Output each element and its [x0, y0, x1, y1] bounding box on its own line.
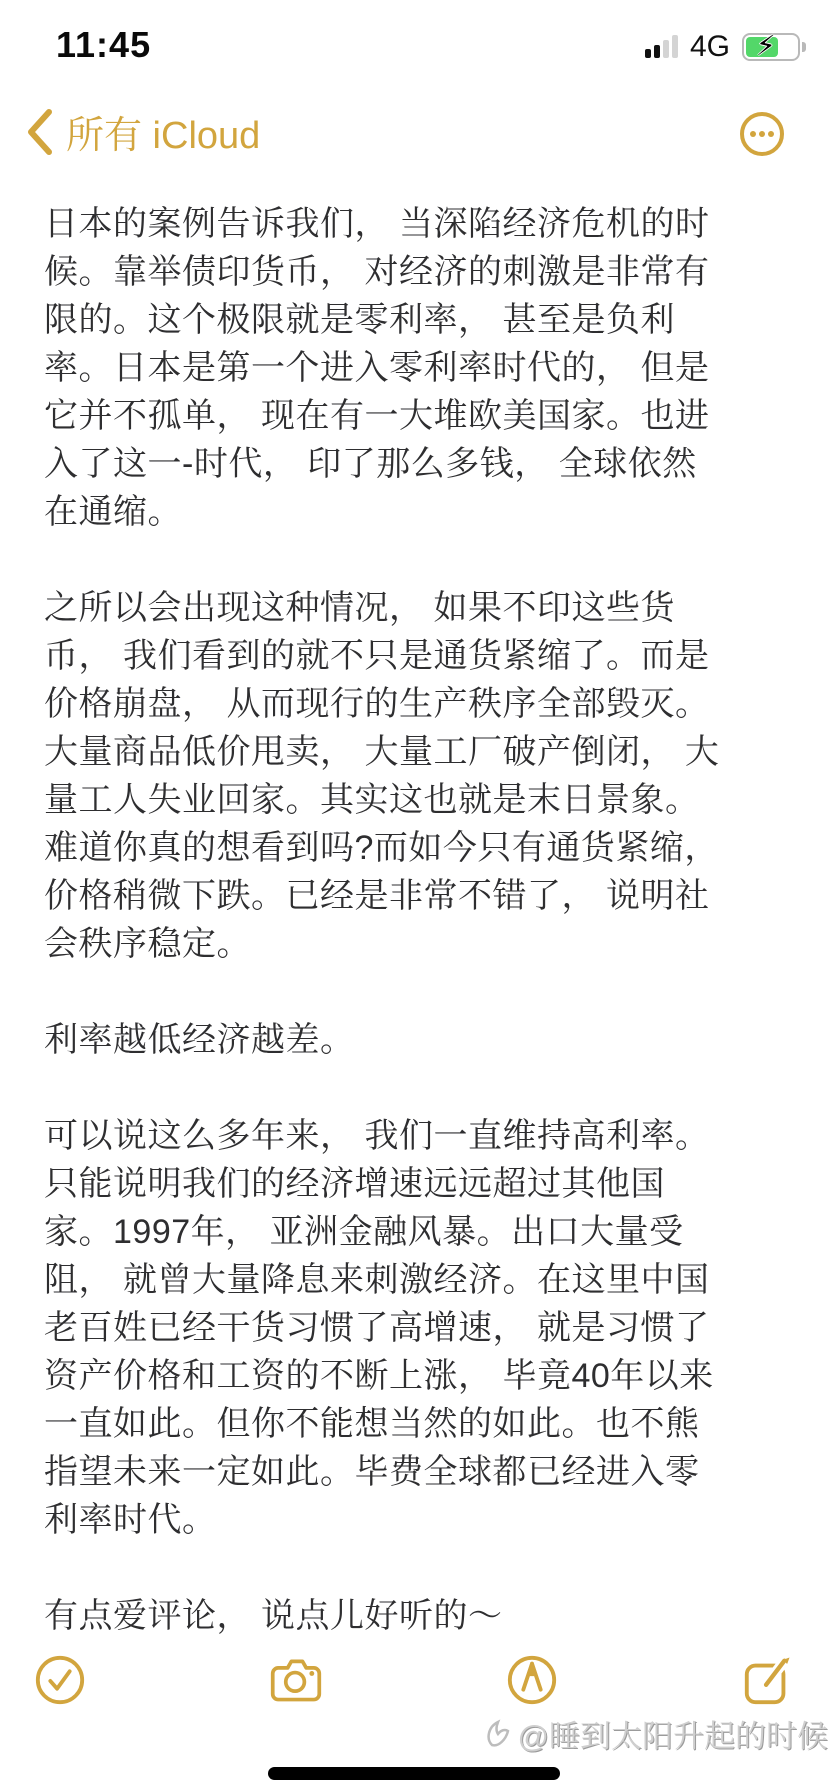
compose-icon [741, 1651, 795, 1709]
bottom-toolbar [0, 1640, 828, 1720]
cellular-signal-icon [645, 34, 678, 60]
status-indicators: 4G ⚡ [645, 30, 800, 64]
back-button-label: 所有 iCloud [66, 104, 260, 159]
status-bar: 11:45 4G ⚡ [0, 0, 828, 88]
back-button[interactable]: 所有 iCloud [22, 104, 260, 159]
clock: 11:45 [56, 24, 151, 66]
nav-bar: 所有 iCloud [0, 96, 828, 182]
back-chevron-icon [22, 106, 56, 158]
notes-app-screen: 11:45 4G ⚡ 所有 iCloud [0, 0, 828, 1792]
compose-button[interactable] [741, 1653, 795, 1707]
more-options-button[interactable] [738, 110, 786, 158]
note-paragraph: 日本的案例告诉我们， 当深陷经济危机的时候。靠举债印货币， 对经济的刺激是非常有… [44, 200, 722, 536]
watermark: @睡到太阳升起的时候 [484, 1711, 828, 1756]
note-paragraph: 有点爱评论， 说点儿好听的～ [44, 1592, 722, 1640]
checklist-button[interactable] [33, 1653, 87, 1707]
markup-button[interactable] [505, 1653, 559, 1707]
note-editor[interactable]: 日本的案例告诉我们， 当深陷经济危机的时候。靠举债印货币， 对经济的刺激是非常有… [44, 200, 722, 1688]
note-paragraph: 可以说这么多年来， 我们一直维持高利率。只能说明我们的经济增速远远超过其他国家。… [44, 1112, 722, 1544]
charging-bolt-icon: ⚡ [756, 29, 776, 62]
home-indicator[interactable] [268, 1767, 560, 1780]
camera-button[interactable] [269, 1653, 323, 1707]
note-paragraph: 利率越低经济越差。 [44, 1016, 722, 1064]
camera-icon [269, 1653, 323, 1707]
battery-charging-icon: ⚡ [742, 33, 800, 61]
watermark-text: @睡到太阳升起的时候 [518, 1711, 828, 1756]
ellipsis-circle-icon [738, 110, 786, 158]
note-paragraph: 之所以会出现这种情况， 如果不印这些货币， 我们看到的就不只是通货紧缩了。而是价… [44, 584, 722, 968]
markup-pen-icon [505, 1653, 559, 1707]
check-circle-icon [33, 1653, 87, 1707]
network-type-label: 4G [690, 30, 730, 64]
watermark-logo-icon [484, 1717, 514, 1751]
